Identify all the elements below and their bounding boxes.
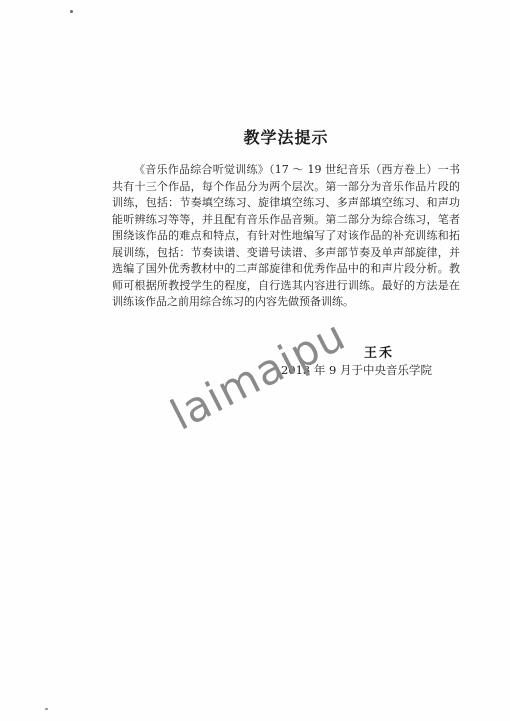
scan-speck <box>45 708 48 710</box>
signature-date: 2013 年 9 月于中央音乐学院 <box>281 364 432 377</box>
scan-speck <box>70 10 73 13</box>
signature-name: 王禾 <box>364 347 394 361</box>
body-paragraph: 《音乐作品综合听觉训练》（17 ～ 19 世纪音乐（西方卷上）一书共有十三个作品… <box>112 162 460 311</box>
page-title: 教学法提示 <box>112 125 460 148</box>
scanned-book-page: 教学法提示 《音乐作品综合听觉训练》（17 ～ 19 世纪音乐（西方卷上）一书共… <box>0 0 510 721</box>
